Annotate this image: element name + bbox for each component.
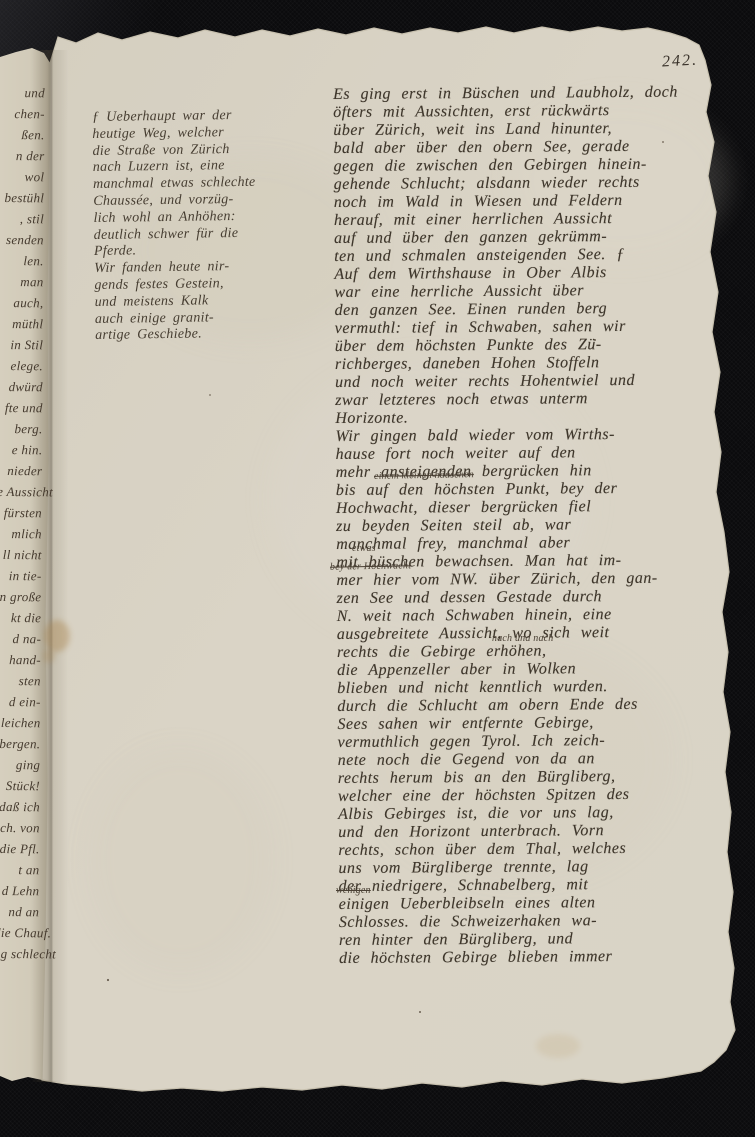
edge-fragment: ßen. xyxy=(0,124,50,145)
edge-fragment: d ein- xyxy=(0,691,46,712)
edge-fragment: e Aussicht xyxy=(0,481,47,502)
interlinear-insert: einem kleinen häuschen xyxy=(374,469,474,482)
edge-fragment: die Chauf. xyxy=(0,922,44,943)
paragraph-3: Wir gingen bald wieder vom Wirths- hause… xyxy=(335,425,751,968)
edge-fragment: bergen. xyxy=(0,733,45,754)
edge-fragment: hand- xyxy=(0,649,46,670)
edge-fragment: in tie- xyxy=(0,565,47,586)
margin-note-2: Wir fanden heute nir- gends festes Geste… xyxy=(94,258,341,345)
edge-fragment: die Pfl. xyxy=(0,838,45,859)
interlinear-insert: etwas xyxy=(352,543,376,554)
edge-fragment: daß ich xyxy=(0,796,45,817)
edge-fragment: und xyxy=(0,82,50,103)
edge-fragment: wol xyxy=(0,166,49,187)
text-line: die höchsten Gebirge blieben immer xyxy=(339,947,751,968)
edge-fragment: Stück! xyxy=(0,775,45,796)
edge-fragment: fürsten xyxy=(0,502,47,523)
edge-fragment: berg. xyxy=(0,418,48,439)
edge-fragment: man xyxy=(0,271,49,292)
margin-notes: ƒ Ueberhaupt war der heutige Weg, welche… xyxy=(92,107,341,346)
facing-page-text-fragments: und chen- ßen. n der wol bestühl , stil … xyxy=(0,82,50,964)
edge-fragment: ng schlecht xyxy=(0,943,44,964)
edge-fragment: bestühl xyxy=(0,187,49,208)
edge-fragment: nd an xyxy=(0,901,44,922)
edge-fragment: leichen xyxy=(0,712,46,733)
interlinear-insert: nach und nach xyxy=(492,633,553,644)
edge-fragment: e hin. xyxy=(0,439,48,460)
edge-fragment: d na- xyxy=(0,628,46,649)
edge-fragment: ll nicht xyxy=(0,544,47,565)
edge-fragment: n der xyxy=(0,145,50,166)
edge-fragment: ging xyxy=(0,754,45,775)
edge-fragment: n große xyxy=(0,586,46,607)
edge-fragment: elege. xyxy=(0,355,48,376)
edge-fragment: len. xyxy=(0,250,49,271)
edge-fragment: ch. von xyxy=(0,817,45,838)
margin-note-1: ƒ Ueberhaupt war der heutige Weg, welche… xyxy=(92,107,340,262)
edge-fragment: nieder xyxy=(0,460,47,481)
margin-note-line: artige Geschiebe. xyxy=(95,325,341,345)
interlinear-insert: wenigen xyxy=(336,885,371,896)
paragraph-2: Auf dem Wirthshause in Ober Albis war ei… xyxy=(334,263,747,428)
edge-fragment: kt die xyxy=(0,607,46,628)
edge-fragment: sten xyxy=(0,670,46,691)
edge-fragment: d Lehn xyxy=(0,880,44,901)
edge-fragment: mlich xyxy=(0,523,47,544)
manuscript-scan: 242. und chen- ßen. n der wol bestühl , … xyxy=(0,0,755,1137)
edge-fragment: müthl xyxy=(0,313,48,334)
edge-fragment: dwürd xyxy=(0,376,48,397)
edge-fragment: auch, xyxy=(0,292,49,313)
page-number: 242. xyxy=(662,51,719,72)
paragraph-1: Es ging erst in Büschen und Laubholz, do… xyxy=(333,83,746,266)
edge-fragment: t an xyxy=(0,859,45,880)
ink-layer: 242. und chen- ßen. n der wol bestühl , … xyxy=(0,0,755,1137)
edge-fragment: , stil xyxy=(0,208,49,229)
interlinear-insert: bey der Hochwacht xyxy=(330,560,411,572)
main-text: Es ging erst in Büschen und Laubholz, do… xyxy=(333,83,751,968)
edge-fragment: in Stil xyxy=(0,334,48,355)
edge-fragment: chen- xyxy=(0,103,50,124)
edge-fragment: fte und xyxy=(0,397,48,418)
edge-fragment: senden xyxy=(0,229,49,250)
